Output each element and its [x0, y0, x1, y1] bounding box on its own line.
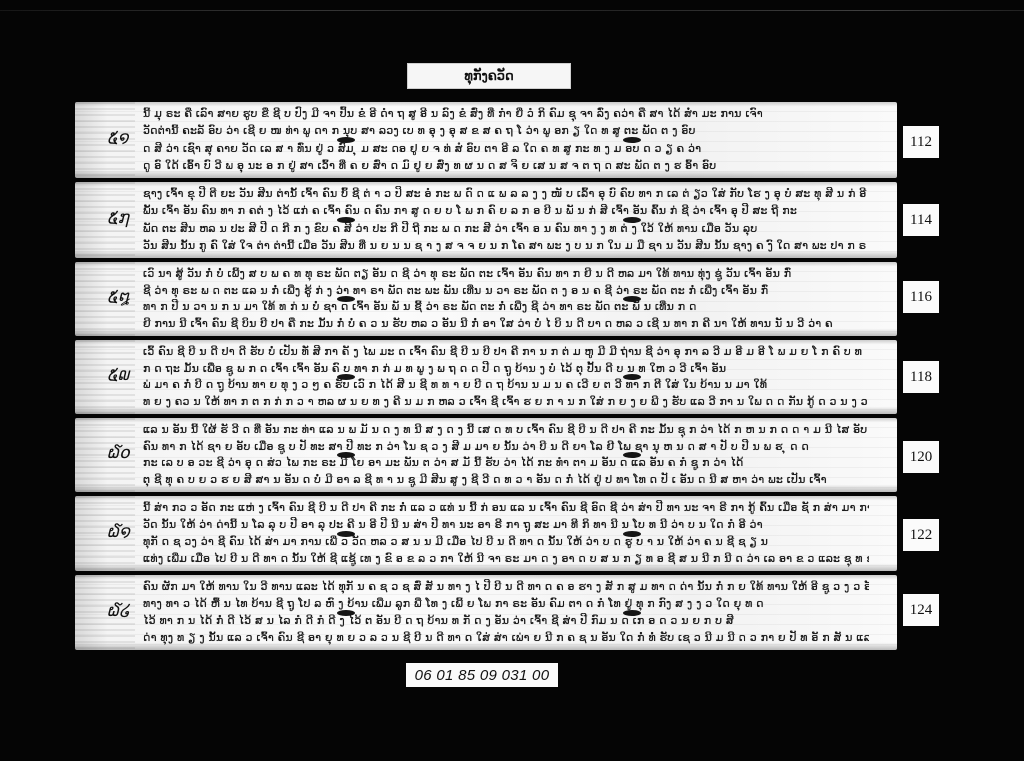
text-line: ຄົນ ທາ ກ ໄດ້ ຊາ ຍ ອັບ ເມື່ອ ຊູ ບ ປັ ທະ ສ…: [143, 439, 869, 455]
leaf-folio-number: ໕໙: [107, 365, 129, 385]
page-number-tag: 124: [903, 594, 939, 626]
text-line: ເວົ້ ຄົນ ຊີ ບີ ນ ດີ ປາ ດີ ຮັບ ບໍ່ ເປັນ ທ…: [143, 344, 869, 360]
scan-artifact-line: [0, 10, 1024, 11]
leaf-text: ເວົ້ ຄົນ ຊີ ບີ ນ ດີ ປາ ດີ ຮັບ ບໍ່ ເປັນ ທ…: [143, 344, 869, 410]
page-number-tag: 114: [903, 204, 939, 236]
leaf-folio-number: ໕໗: [107, 208, 129, 228]
leaf-folio-number: ໕໘: [107, 287, 129, 307]
text-line: ວັນ ສີນ ນັ້ນ ກູ ຄົ ໃສ່ ໃຈ ຕ່າ ຕ່ານີ້ ເມື…: [143, 238, 869, 254]
leaf-folio-number: ໕໑: [107, 128, 129, 148]
text-line: ແລ ນ ອັນ ນີ້ ໃຜ້ ຮັ ວີ ດ ທີ່ ອັນ ກະ ທ່າ …: [143, 422, 869, 438]
text-line: ວັດ ນັ້ນ ໃຫ້ ວ່າ ດ່ານີ້ ນ ໂລ ລຸ ບ ປີ ອາ …: [143, 517, 869, 533]
page-number-tag: 116: [903, 281, 939, 313]
text-line: ພັ້ນ ເຈົ້າ ອັນ ຄົນ ທາ ກ ຄຕ່ ງ ໄວ້ ແກ່ ຄ …: [143, 203, 869, 219]
text-line: ໄວ້ ທາ ກ ນ ໄດ້ ກໍ່ ດີ ໄວ້ ສ ນ ໄລ ກໍ ດີ ກ…: [143, 613, 869, 629]
palm-leaf-7: ໖໒ ຄົນ ຜັກ ມາ ໃຫ້ ທານ ໃນ ວີ ທານ ແລະ ໄດ້ …: [75, 575, 897, 650]
text-line: ທາງ ທາ ວ ໄດ້ ຫື້ ນ ໄທ ບ້ານ ຊີ ຖູ ໂປ ລ ຫົ…: [143, 596, 869, 612]
leaf-text: ແລ ນ ອັນ ນີ້ ໃຜ້ ຮັ ວີ ດ ທີ່ ອັນ ກະ ທ່າ …: [143, 422, 869, 488]
palm-leaf-2: ໕໗ ຊາງ ເຈົ້າ ຂຸ ປີ ຕີ ຍະ ວັນ ສີນ ຕ່ານັ້ …: [75, 182, 897, 258]
text-line: ຕຸ ຊີ ທຸ ຄ ບ ຍ ວ ຮ ຍ ສີ ສາ ນ ອັນ ດ ບໍ່ ມ…: [143, 472, 869, 488]
text-line: ເວົ ນາ ສູ້ ວັນ ກໍ່ ບໍ່ ເພີ້ງ ສ ບ ພ ຄ ທ ທ…: [143, 266, 869, 282]
palm-leaf-5: ໖໐ ແລ ນ ອັນ ນີ້ ໃຜ້ ຮັ ວີ ດ ທີ່ ອັນ ກະ ທ…: [75, 418, 897, 492]
leaf-text: ຊາງ ເຈົ້າ ຂຸ ປີ ຕີ ຍະ ວັນ ສີນ ຕ່ານັ້ ເຈົ…: [143, 186, 869, 254]
palm-leaf-6: ໖໑ ນີ້ ສ່າ ກວ ວ ອັດ ກະ ແຫ່ ງ ເຈົ້າ ຄົນ ຊ…: [75, 496, 897, 571]
leaf-folio-number: ໖໑: [107, 522, 130, 542]
text-line: ທ ຍ ງ ຄວ ນ ໃຫ້ ທາ ກ ຕ ກ ກ່ ກ ວ າ ຫລ ຜ ນ …: [143, 394, 869, 410]
text-line: ທຸກັ ດ ຊ ວງ ວ່າ ຊີ ຄົນ ໄດ້ ສ່າ ມາ ການ ເພ…: [143, 534, 869, 550]
leaf-folio-number: ໖໒: [107, 601, 130, 621]
text-line: ຊີ ວ່າ ທຸ ຣະ ພ ດ ຕະ ແລ ນ ກໍ່ ເພີ່ງ ຮູ້ ກ…: [143, 283, 869, 299]
palm-leaf-3: ໕໘ ເວົ ນາ ສູ້ ວັນ ກໍ່ ບໍ່ ເພີ້ງ ສ ບ ພ ຄ …: [75, 262, 897, 336]
palm-leaf-4: ໕໙ ເວົ້ ຄົນ ຊີ ບີ ນ ດີ ປາ ດີ ຮັບ ບໍ່ ເປັ…: [75, 340, 897, 414]
text-line: ພັດ ຕະ ສີນ ຫລ ນ ປະ ສີ ປີ ດ ກີ ກ ງ ຂົບ ຄ …: [143, 221, 869, 237]
page-number-tag: 118: [903, 361, 939, 393]
leaf-text: ເວົ ນາ ສູ້ ວັນ ກໍ່ ບໍ່ ເພີ້ງ ສ ບ ພ ຄ ທ ທ…: [143, 266, 869, 332]
text-line: ດ ສີ ວ່າ ເຊົາ ສຸ ຄາຍ ວັດ ເລ ສ າ ທົ່ນ ຢູ່…: [143, 141, 869, 157]
leaf-text: ນີ້ ສ່າ ກວ ວ ອັດ ກະ ແຫ່ ງ ເຈົ້າ ຄົນ ຊີ ບ…: [143, 500, 869, 567]
text-line: ຍີ ການ ນີ ເຈົ້າ ຄົນ ຊີ ບິນ ບີ ປາ ຄື ກະ ມ…: [143, 316, 869, 332]
text-line: ຊາງ ເຈົ້າ ຂຸ ປີ ຕີ ຍະ ວັນ ສີນ ຕ່ານັ້ ເຈົ…: [143, 186, 869, 202]
text-line: ດ່າ ທຸງ ທ ຽ ງ ນັ້ນ ແລ ວ ເຈົ້າ ຄົນ ຊີ ອາ …: [143, 630, 869, 646]
catalog-id-label: 06 01 85 09 031 00: [406, 663, 558, 687]
leaf-folio-number: ໖໐: [107, 443, 130, 463]
text-line: ກ ດ ຖະ ມັ້ນ ເພື່ອ ຊູ ພ ກ ດ ເຈົ້າ ເຈົ້າ ອ…: [143, 361, 869, 377]
text-line: ນີ້ ສ່າ ກວ ວ ອັດ ກະ ແຫ່ ງ ເຈົ້າ ຄົນ ຊີ ບ…: [143, 500, 869, 516]
text-line: ແທ່ງ ເພີ່ມ ເມື່ອ ໄປ ບີ ນ ດີ ທາ ດ ນັ້ນ ໃຫ…: [143, 551, 869, 567]
page-number-tag: 112: [903, 126, 939, 158]
page-number-tag: 122: [903, 519, 939, 551]
leaf-text: ຄົນ ຜັກ ມາ ໃຫ້ ທານ ໃນ ວີ ທານ ແລະ ໄດ້ ທຸກ…: [143, 579, 869, 646]
text-line: ນີ້ ມຸ ຣະ ຄື ເລົາ ສາຍ ຮູບ ຂື ຊີ ບ ປົງ ມີ…: [143, 106, 869, 122]
text-line: ດູ ອົ ໃດ້ ເອົ້າ ບົ ວີ ພ ອຸ ນະ ອ ກ ຢູ່ ສາ…: [143, 158, 869, 174]
text-line: ຄົນ ຜັກ ມາ ໃຫ້ ທານ ໃນ ວີ ທານ ແລະ ໄດ້ ທຸກ…: [143, 579, 869, 595]
page-number-tag: 120: [903, 441, 939, 473]
manuscript-title-label: ທຸກັງຄວັດ: [407, 63, 571, 89]
text-line: ທາ ກ ປີ ນ ວາ ນ ກ ນ ມາ ໃທ້ ທ ກ່ ນ ບໍ່ ຊາ …: [143, 299, 869, 315]
text-line: ວັດຕ່ານີ້ ຄະລັ ອົບ ວ່າ ເຊີ ຍ ໜ ທ່າ ພູ ດາ…: [143, 123, 869, 139]
text-line: ພ່ ມາ ຄ ກໍ່ ບີ ດ ຖູ ບ້ານ ທາ ຍ ທຸ ງ ວ ໆ ຄ…: [143, 377, 869, 393]
leaf-text: ນີ້ ມຸ ຣະ ຄື ເລົາ ສາຍ ຮູບ ຂື ຊີ ບ ປົງ ມີ…: [143, 106, 869, 174]
palm-leaf-1: ໕໑ ນີ້ ມຸ ຣະ ຄື ເລົາ ສາຍ ຮູບ ຂື ຊີ ບ ປົງ…: [75, 102, 897, 178]
text-line: ກະ ເລ ບ ອ ວະ ຊີ ວ່າ ອຸ ດ ສ່ວ ໄພ ກະ ຣະ ມີ…: [143, 455, 869, 471]
